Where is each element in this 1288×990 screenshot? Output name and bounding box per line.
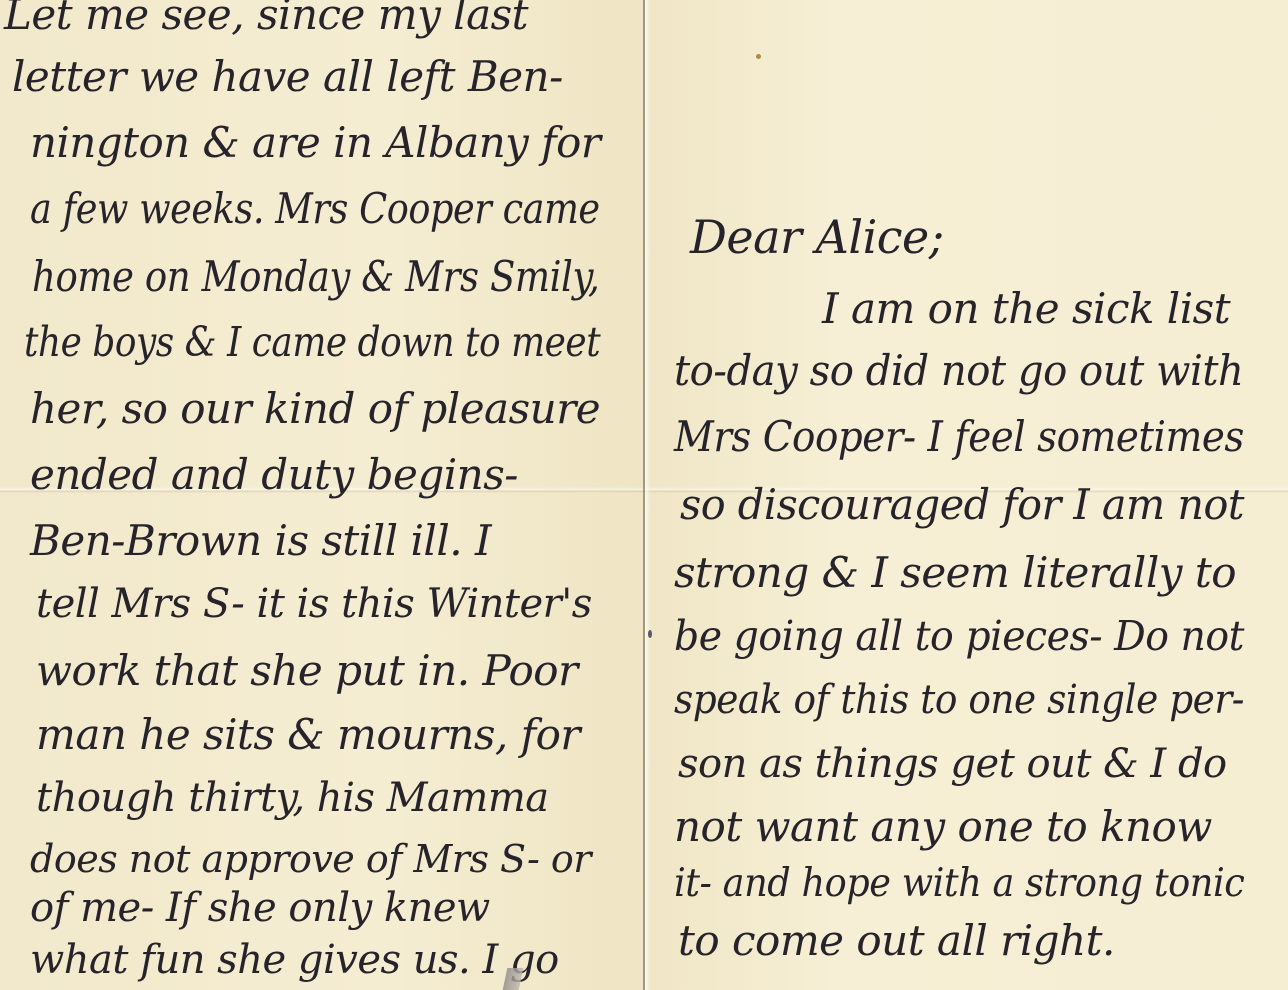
left-line-16: what fun she gives us. I go	[30, 940, 559, 980]
left-line-11: work that she put in. Poor	[36, 650, 578, 692]
gutter-highlight	[645, 0, 651, 990]
right-line-10: it- and hope with a strong tonic	[674, 864, 1244, 903]
left-line-8: ended and duty begins-	[30, 454, 518, 496]
left-page: Let me see, since my last letter we have…	[0, 0, 644, 990]
left-line-7: her, so our kind of pleasure	[30, 388, 600, 430]
right-line-7: speak of this to one single per-	[674, 680, 1244, 720]
ink-spot	[756, 54, 761, 59]
right-line-6: be going all to pieces- Do not	[674, 616, 1244, 657]
ink-dot	[648, 630, 652, 638]
right-page: Dear Alice; I am on the sick list to-day…	[644, 0, 1288, 990]
left-line-6: the boys & I came down to meet	[24, 322, 600, 363]
left-line-15: of me- If she only knew	[30, 888, 490, 928]
ink-smudge	[503, 968, 524, 990]
left-line-9: Ben-Brown is still ill. I	[30, 520, 491, 562]
right-line-9: not want any one to know	[674, 806, 1212, 848]
salutation: Dear Alice;	[690, 214, 944, 260]
right-line-5: strong & I seem literally to	[674, 552, 1236, 594]
right-line-3: Mrs Cooper- I feel sometimes	[674, 416, 1244, 458]
left-line-14: does not approve of Mrs S- or	[30, 840, 591, 878]
letter-spread: Let me see, since my last letter we have…	[0, 0, 1288, 990]
left-line-3: nington & are in Albany for	[30, 122, 600, 164]
right-line-2: to-day so did not go out with	[674, 350, 1243, 392]
right-line-4: so discouraged for I am not	[680, 484, 1244, 526]
left-line-13: though thirty, his Mamma	[36, 778, 549, 818]
right-line-11: to come out all right.	[678, 920, 1115, 962]
left-line-10: tell Mrs S- it is this Winter's	[36, 584, 592, 624]
page-gutter	[643, 0, 645, 990]
left-line-4: a few weeks. Mrs Cooper came	[30, 188, 600, 230]
right-line-1: I am on the sick list	[822, 288, 1230, 330]
left-line-12: man he sits & mourns, for	[36, 714, 580, 756]
right-line-8: son as things get out & I do	[678, 744, 1227, 784]
left-line-5: home on Monday & Mrs Smily,	[32, 256, 599, 298]
left-line-2: letter we have all left Ben-	[12, 56, 563, 98]
left-line-1: Let me see, since my last	[4, 0, 528, 36]
